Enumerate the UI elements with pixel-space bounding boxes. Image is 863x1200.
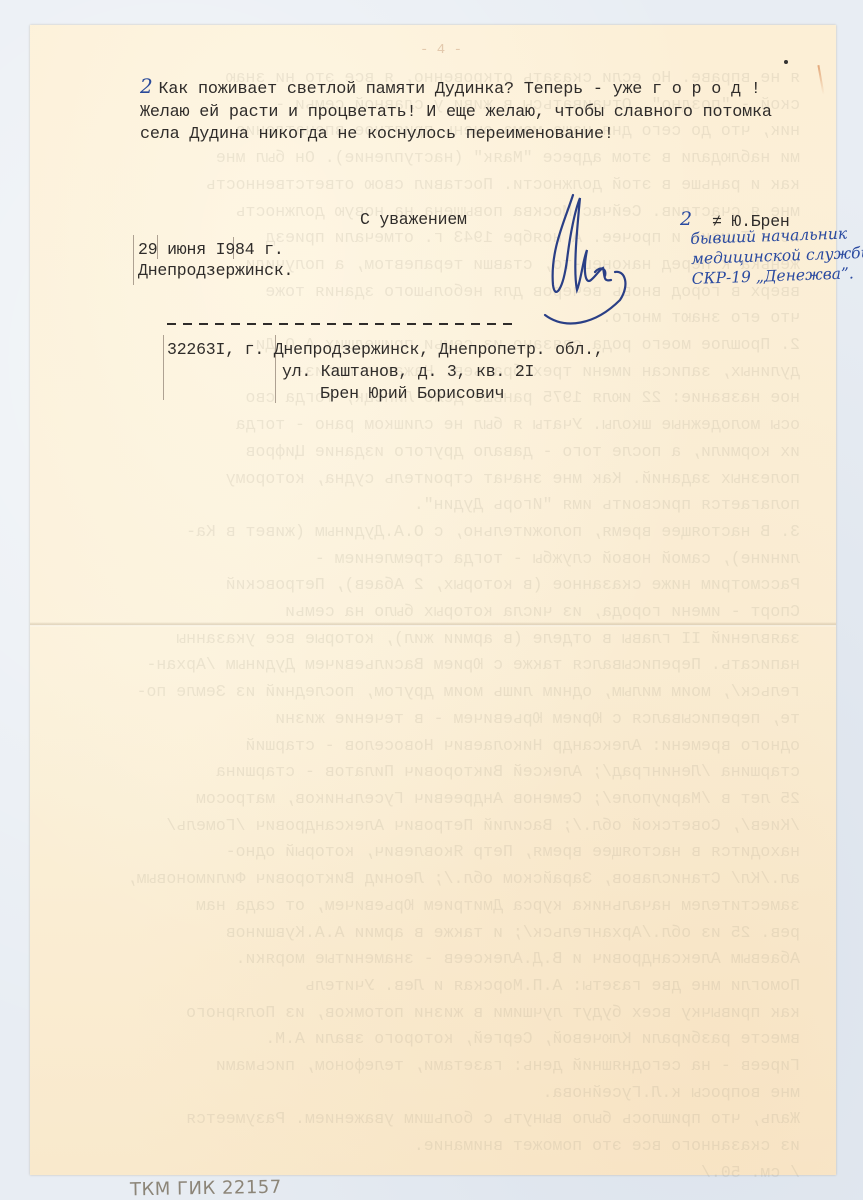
paragraph-line-3: села Дудина никогда не коснулось переиме… [140, 125, 614, 144]
handwritten-mark-2: 2 [680, 208, 692, 230]
paragraph-line-1: Как поживает светлой памяти Дудинка? Теп… [159, 80, 761, 99]
return-address-line-1: 32263I, г. Днепродзержинск, Днепропетр. … [167, 339, 604, 361]
return-address-line-2: ул. Каштанов, д. 3, кв. 2I [282, 361, 534, 383]
return-address-name: Брен Юрий Борисович [320, 383, 504, 405]
archive-catalog-number: ТКМ ГИК 22157 [130, 1177, 282, 1200]
handwritten-signer-title: бывший начальник медицинской службы СКР-… [690, 223, 863, 289]
handwritten-paragraph-number: 2 [140, 74, 153, 98]
paragraph-2: 2Как поживает светлой памяти Дудинка? Те… [140, 75, 772, 147]
letter-page: - 4 - я не вправе. Но если сказать откро… [30, 25, 836, 1175]
bracket-mark [163, 335, 164, 400]
closing-salutation: С уважением [360, 209, 467, 231]
ink-dot [784, 60, 788, 64]
bracket-mark [133, 235, 134, 285]
paragraph-line-2: Желаю ей расти и процветать! И еще желаю… [140, 103, 772, 122]
note-line-3: СКР-19 „Денежва”. [691, 264, 854, 288]
stain-mark [817, 65, 824, 95]
paper-fold-crease [30, 622, 836, 627]
letter-date: 29 июня I984 г. [138, 239, 284, 261]
handwritten-signature [525, 190, 635, 330]
page-number: - 4 - [420, 42, 462, 58]
dashed-separator [167, 323, 512, 325]
letter-city: Днепродзержинск. [138, 260, 293, 282]
